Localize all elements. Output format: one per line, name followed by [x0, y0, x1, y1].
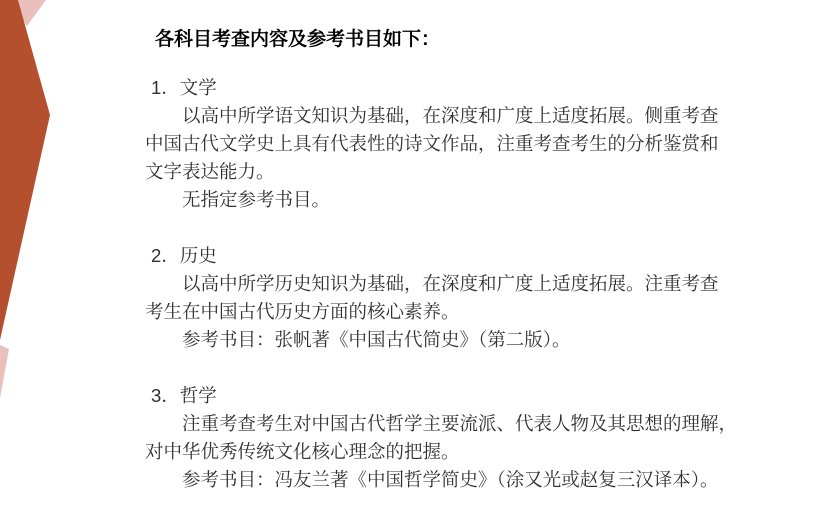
dark-chevron	[0, 0, 50, 340]
section-philosophy: 3．哲学 注重考查考生对中国古代哲学主要流派、代表人物及其思想的理解， 对中华优…	[145, 382, 810, 494]
paragraph-line: 以高中所学语文知识为基础，在深度和广度上适度拓展。侧重考查	[145, 102, 810, 130]
paragraph-line: 考生在中国古代历史方面的核心素养。	[145, 298, 810, 326]
section-heading: 3．哲学	[145, 382, 810, 410]
reference-books-line: 无指定参考书目。	[145, 186, 810, 214]
paragraph-line: 注重考查考生对中国古代哲学主要流派、代表人物及其思想的理解，	[145, 410, 810, 438]
reference-books-line: 参考书目：张帆著《中国古代简史》（第二版）。	[145, 326, 810, 354]
paragraph-line: 中国古代文学史上具有代表性的诗文作品，注重考查考生的分析鉴赏和	[145, 130, 810, 158]
pale-chevron-bottom-fragment	[0, 345, 9, 398]
reference-books-line: 参考书目：冯友兰著《中国哲学简史》（涂又光或赵复三汉译本）。	[145, 466, 810, 494]
paragraph-line: 文字表达能力。	[145, 158, 810, 186]
section-heading: 2．历史	[145, 242, 810, 270]
section-heading: 1．文学	[145, 74, 810, 102]
page-title: 各科目考查内容及参考书目如下：	[145, 26, 810, 54]
paragraph-line: 以高中所学历史知识为基础，在深度和广度上适度拓展。注重考查	[145, 270, 810, 298]
document-content: 各科目考查内容及参考书目如下： 1．文学 以高中所学语文知识为基础，在深度和广度…	[145, 26, 810, 494]
section-history: 2．历史 以高中所学历史知识为基础，在深度和广度上适度拓展。注重考查 考生在中国…	[145, 242, 810, 354]
left-chevron-decoration	[0, 0, 130, 420]
paragraph-line: 对中华优秀传统文化核心理念的把握。	[145, 438, 810, 466]
section-literature: 1．文学 以高中所学语文知识为基础，在深度和广度上适度拓展。侧重考查 中国古代文…	[145, 74, 810, 214]
slide-page: { "colors": { "background": "#ffffff", "…	[0, 0, 823, 529]
